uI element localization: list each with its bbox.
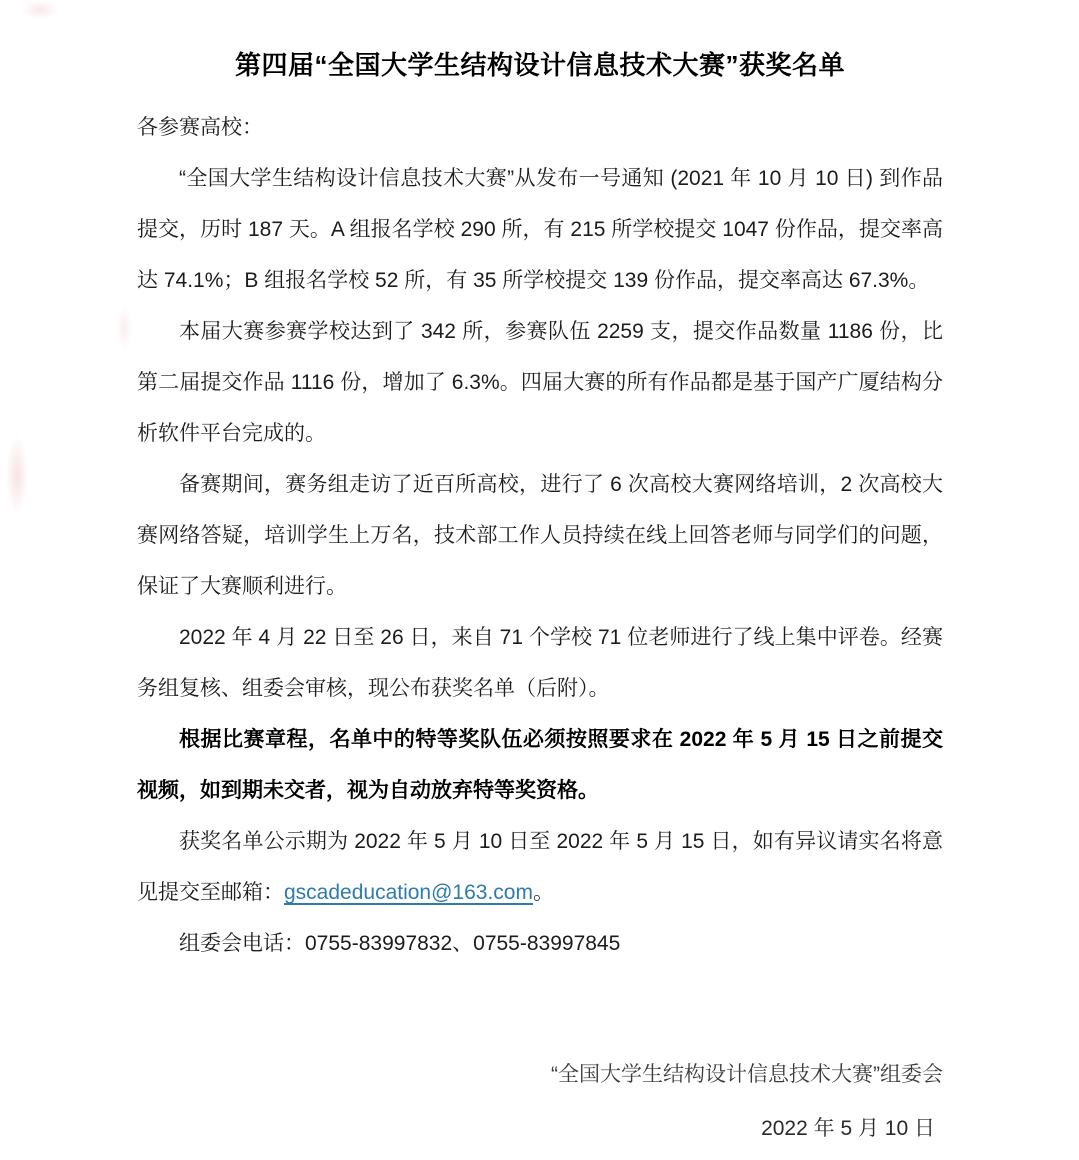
paragraph-publicity: 获奖名单公示期为 2022 年 5 月 10 日至 2022 年 5 月 15 … xyxy=(137,816,943,918)
paragraph-video-notice: 根据比赛章程，名单中的特等奖队伍必须按照要求在 2022 年 5 月 15 日之… xyxy=(137,714,943,816)
phone-line: 组委会电话：0755-83997832、0755-83997845 xyxy=(137,918,943,969)
document-title: 第四届“全国大学生结构设计信息技术大赛”获奖名单 xyxy=(137,42,943,88)
photo-smudge-left xyxy=(6,435,28,515)
paragraph-participation-stats: 本届大赛参赛学校达到了 342 所，参赛队伍 2259 支，提交作品数量 118… xyxy=(137,306,943,459)
document-body: 第四届“全国大学生结构设计信息技术大赛”获奖名单 各参赛高校： “全国大学生结构… xyxy=(137,42,943,969)
paragraph-review: 2022 年 4 月 22 日至 26 日，来自 71 个学校 71 位老师进行… xyxy=(137,612,943,714)
signature-organization: “全国大学生结构设计信息技术大赛”组委会 xyxy=(137,1058,943,1092)
paragraph-preparation: 备赛期间，赛务组走访了近百所高校，进行了 6 次高校大赛网络培训，2 次高校大赛… xyxy=(137,459,943,612)
signature-date: 2022 年 5 月 10 日 xyxy=(137,1114,943,1144)
photo-smudge-mid xyxy=(116,305,132,351)
paragraph-submission-stats: “全国大学生结构设计信息技术大赛”从发布一号通知 (2021 年 10 月 10… xyxy=(137,153,943,306)
signature-block: “全国大学生结构设计信息技术大赛”组委会 2022 年 5 月 10 日 xyxy=(137,1058,943,1144)
photo-smudge-top xyxy=(22,0,58,20)
email-period: 。 xyxy=(533,881,554,904)
document-page: 第四届“全国大学生结构设计信息技术大赛”获奖名单 各参赛高校： “全国大学生结构… xyxy=(0,0,1079,1160)
salutation: 各参赛高校： xyxy=(137,102,943,153)
email-link[interactable]: gscadeducation@163.com xyxy=(284,881,533,904)
